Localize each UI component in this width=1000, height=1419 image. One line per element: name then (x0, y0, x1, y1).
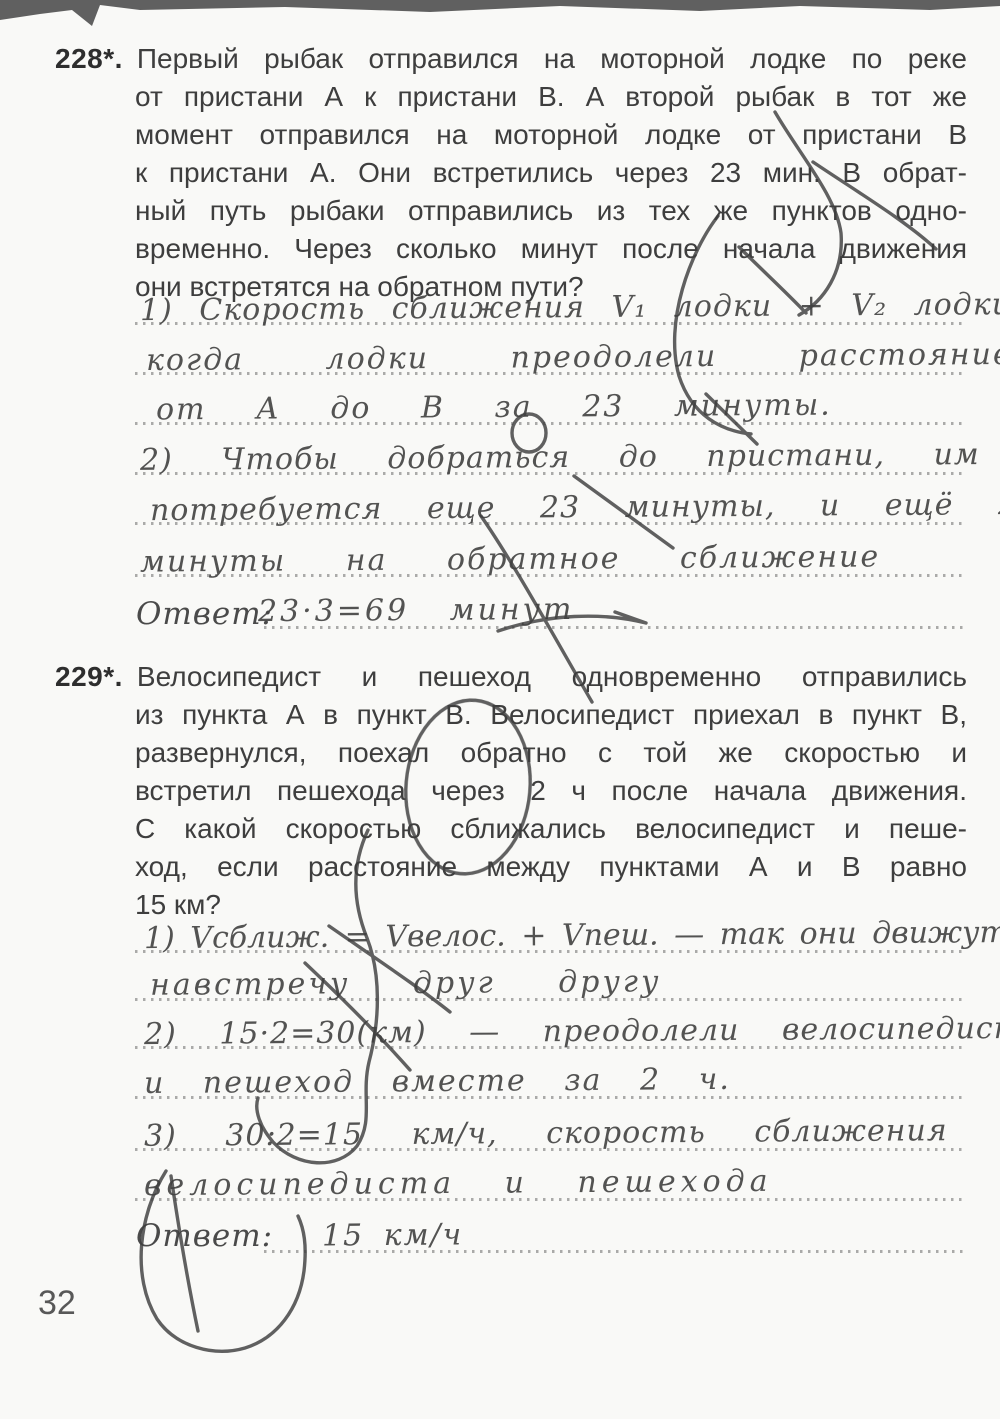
problem-statement-text: Первый рыбак отправился на моторной лодк… (137, 43, 967, 74)
handwritten-solution-line: велосипедиста и пешехода (144, 1165, 773, 1203)
handwritten-solution-line: 1) Vсближ. = Vвелос. + Vпеш. — так они д… (144, 916, 1000, 956)
handwritten-answer-228: 23·3=69 минут (258, 593, 575, 629)
handwritten-solution-line: 3) 30:2=15 км/ч, скорость сближения (144, 1114, 948, 1154)
problem-229-line-4: встретил пешехода через 2 ч после начала… (55, 772, 967, 810)
problem-228-line-1: 228*.Первый рыбак отправился на моторной… (55, 40, 967, 78)
problem-229-line-5: С какой скоростью сближались велосипедис… (55, 810, 967, 848)
answer-label-229: Ответ: (136, 1218, 273, 1254)
problem-229-line-6: ход, если расстояние между пунктами А и … (55, 848, 967, 886)
handwritten-solution-line: когда лодки преодолели расстояние (146, 338, 1000, 378)
problem-229-line-2: из пункта А в пункт В. Велосипедист прие… (55, 696, 967, 734)
problem-statement-text: Велосипедист и пешеход одновременно отпр… (137, 661, 967, 692)
handwritten-solution-line: от А до В за 23 минуты. (156, 389, 832, 428)
problem-229-line-3: развернулся, поехал обратно с той же ско… (55, 734, 967, 772)
handwritten-solution-line: 2) 15·2=30(км) — преодолели велосипедист (144, 1012, 1000, 1052)
problem-228-line-4: к пристани А. Они встретились через 23 м… (55, 154, 967, 192)
problem-229-number: 229*. (55, 661, 137, 692)
problem-228-line-6: временно. Через сколько минут после нача… (55, 230, 967, 268)
answer-label-228: Ответ: (136, 596, 273, 632)
handwritten-solution-line: навстречу друг другу (150, 965, 662, 1003)
handwritten-solution-line: минуты на обратное сближение (140, 540, 880, 579)
problem-228-line-5: ный путь рыбаки отправились из тех же пу… (55, 192, 967, 230)
problem-229: 229*.Велосипедист и пешеход одновременно… (55, 658, 967, 924)
problem-229-line-1: 229*.Велосипедист и пешеход одновременно… (55, 658, 967, 696)
handwritten-solution-line: 2) Чтобы добраться до пристани, им (140, 438, 980, 478)
handwritten-solution-line: и пешеход вместе за 2 ч. (144, 1063, 731, 1101)
problem-228: 228*.Первый рыбак отправился на моторной… (55, 40, 967, 306)
scan-edge-artifact (0, 0, 1000, 26)
problem-228-number: 228*. (55, 43, 137, 74)
problem-228-line-3: момент отправился на моторной лодке от п… (55, 116, 967, 154)
problem-228-line-2: от пристани А к пристани В. А второй рыб… (55, 78, 967, 116)
handwritten-solution-line: потребуется еще 23 минуты, и ещё 23 (150, 488, 1000, 528)
page-number: 32 (38, 1284, 76, 1323)
handwritten-solution-line: 1) Скорость сближения V₁ лодки + V₂ лодк… (140, 288, 1000, 328)
workbook-page: { "colors": { "pen": "#3f3f3f", "paper":… (0, 0, 1000, 1419)
handwritten-answer-229: 15 км/ч (322, 1219, 464, 1254)
